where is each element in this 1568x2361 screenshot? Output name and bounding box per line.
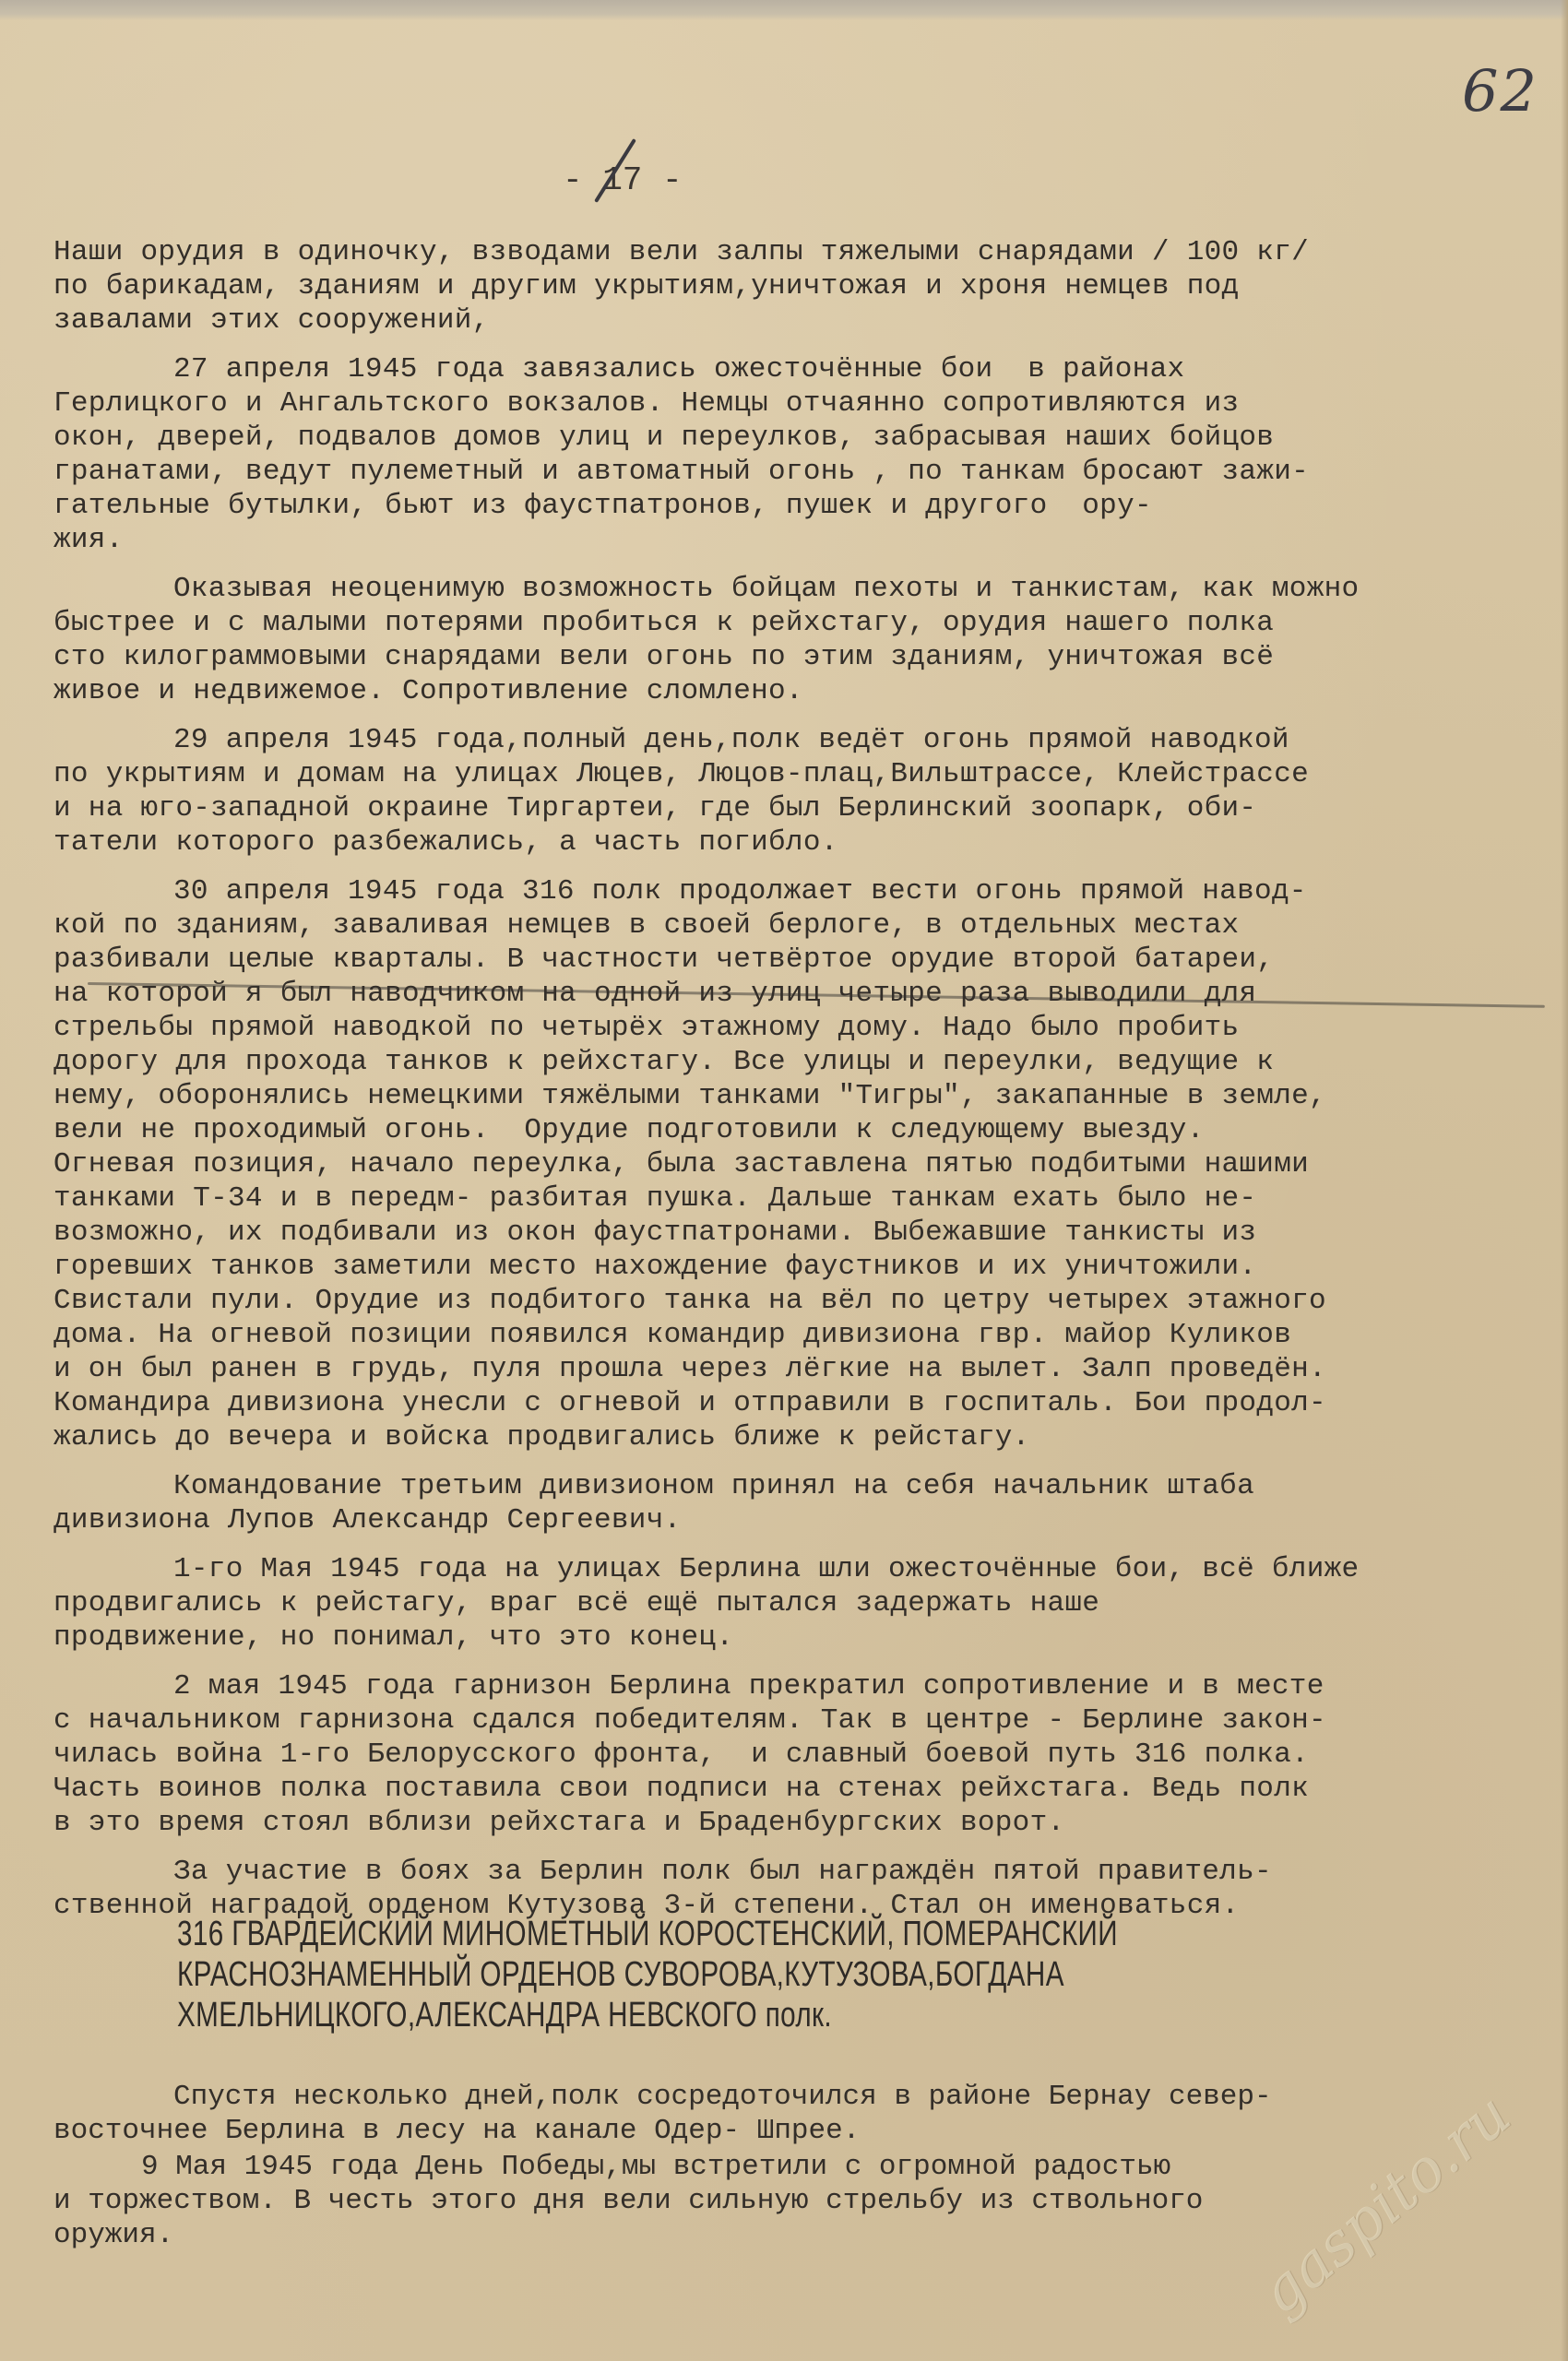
paper-right-edge xyxy=(1561,0,1568,2361)
text-line: 29 апреля 1945 года,полный день,полк вед… xyxy=(53,723,1538,757)
paragraph: 27 апреля 1945 года завязались ожесточён… xyxy=(53,352,1538,557)
regiment-title-heading: 316 ГВАРДЕЙСКИЙ МИНОМЕТНЫЙ КОРОСТЕНСКИЙ,… xyxy=(177,1914,1112,2035)
paragraph: Спустя несколько дней,полк сосредоточилс… xyxy=(53,2080,1538,2148)
text-line: Свистали пули. Орудие из подбитого танка… xyxy=(53,1284,1538,1318)
text-line: сто килограммовыми снарядами вели огонь … xyxy=(53,640,1538,674)
document-body: Наши орудия в одиночку, взводами вели за… xyxy=(53,235,1538,1938)
text-line: татели которого разбежались, а часть пог… xyxy=(53,825,1538,860)
heading-line: КРАСНОЗНАМЕННЫЙ ОРДЕНОВ СУВОРОВА,КУТУЗОВ… xyxy=(177,1954,1112,1995)
text-line: 1-го Мая 1945 года на улицах Берлина шли… xyxy=(53,1552,1538,1586)
text-line: на которой я был наводчиком на одной из … xyxy=(53,977,1538,1011)
paragraph: За участие в боях за Берлин полк был наг… xyxy=(53,1855,1538,1923)
text-line: и торжеством. В честь этого дня вели сил… xyxy=(53,2184,1538,2218)
text-line: 9 Мая 1945 года День Победы,мы встретили… xyxy=(53,2150,1538,2184)
page-marker-text: - 17 - xyxy=(563,161,683,199)
text-line: гранатами, ведут пулеметный и автоматный… xyxy=(53,455,1538,489)
text-line: с начальником гарнизона сдался победител… xyxy=(53,1703,1538,1738)
text-line: За участие в боях за Берлин полк был наг… xyxy=(53,1855,1538,1889)
text-line: Спустя несколько дней,полк сосредоточилс… xyxy=(53,2080,1538,2114)
text-line: стрельбы прямой наводкой по четырёх этаж… xyxy=(53,1011,1538,1045)
text-line: дорогу для прохода танков к рейхстагу. В… xyxy=(53,1045,1538,1079)
text-line: Командование третьим дивизионом принял н… xyxy=(53,1469,1538,1503)
paragraph: 2 мая 1945 года гарнизон Берлина прекрат… xyxy=(53,1669,1538,1840)
text-line: разбивали целые кварталы. В частности че… xyxy=(53,943,1538,977)
paper-top-edge xyxy=(0,0,1568,20)
text-line: Часть воинов полка поставила свои подпис… xyxy=(53,1772,1538,1806)
text-line: восточнее Берлина в лесу на канале Одер-… xyxy=(53,2114,1538,2148)
text-line: завалами этих сооружений, xyxy=(53,303,1538,338)
text-line: по укрытиям и домам на улицах Люцев, Люц… xyxy=(53,757,1538,791)
text-line: горевших танков заметили место нахождени… xyxy=(53,1250,1538,1284)
paragraph: Наши орудия в одиночку, взводами вели за… xyxy=(53,235,1538,338)
text-line: кой по зданиям, заваливая немцев в своей… xyxy=(53,908,1538,943)
text-line: и на юго-западной окраине Тиргартеи, где… xyxy=(53,791,1538,825)
paragraph: Оказывая неоценимую возможность бойцам п… xyxy=(53,572,1538,708)
text-line: 2 мая 1945 года гарнизон Берлина прекрат… xyxy=(53,1669,1538,1703)
text-line: дома. На огневой позиции появился команд… xyxy=(53,1318,1538,1352)
document-page: 62 - 17 - Наши орудия в одиночку, взвода… xyxy=(0,0,1568,2361)
text-line: 27 апреля 1945 года завязались ожесточён… xyxy=(53,352,1538,386)
text-line: 30 апреля 1945 года 316 полк продолжает … xyxy=(53,874,1538,908)
paragraph: 29 апреля 1945 года,полный день,полк вед… xyxy=(53,723,1538,860)
heading-line: ХМЕЛЬНИЦКОГО,АЛЕКСАНДРА НЕВСКОГО полк. xyxy=(177,1995,1112,2035)
text-line: чилась война 1-го Белорусского фронта, и… xyxy=(53,1738,1538,1772)
text-line: и он был ранен в грудь, пуля прошла чере… xyxy=(53,1352,1538,1386)
text-line: Командира дивизиона унесли с огневой и о… xyxy=(53,1386,1538,1420)
text-line: живое и недвижемое. Сопротивление сломле… xyxy=(53,674,1538,708)
text-line: в это время стоял вблизи рейхстага и Бра… xyxy=(53,1806,1538,1840)
text-line: дивизиона Лупов Александр Сергеевич. xyxy=(53,1503,1538,1537)
paragraph: Командование третьим дивизионом принял н… xyxy=(53,1469,1538,1537)
page-marker: - 17 - xyxy=(563,161,683,199)
text-line: вели не проходимый огонь. Орудие подгото… xyxy=(53,1113,1538,1147)
paragraph: 30 апреля 1945 года 316 полк продолжает … xyxy=(53,874,1538,1454)
text-line: Оказывая неоценимую возможность бойцам п… xyxy=(53,572,1538,606)
text-line: быстрее и с малыми потерями пробиться к … xyxy=(53,606,1538,640)
heading-line: 316 ГВАРДЕЙСКИЙ МИНОМЕТНЫЙ КОРОСТЕНСКИЙ,… xyxy=(177,1914,1112,1954)
text-line: Герлицкого и Ангальтского вокзалов. Немц… xyxy=(53,386,1538,421)
text-line: Огневая позиция, начало переулка, была з… xyxy=(53,1147,1538,1181)
text-line: окон, дверей, подвалов домов улиц и пере… xyxy=(53,421,1538,455)
text-line: нему, оборонялись немецкими тяжёлыми тан… xyxy=(53,1079,1538,1113)
text-line: Наши орудия в одиночку, взводами вели за… xyxy=(53,235,1538,269)
text-line: продвижение, но понимал, что это конец. xyxy=(53,1620,1538,1655)
text-line: жия. xyxy=(53,523,1538,557)
text-line: жались до вечера и войска продвигались б… xyxy=(53,1420,1538,1454)
text-line: продвигались к рейстагу, враг всё ещё пы… xyxy=(53,1586,1538,1620)
text-line: танками Т-34 и в передм- разбитая пушка.… xyxy=(53,1181,1538,1216)
text-line: по барикадам, зданиям и другим укрытиям,… xyxy=(53,269,1538,303)
text-line: гательные бутылки, бьют из фаустпатронов… xyxy=(53,489,1538,523)
paragraph: 1-го Мая 1945 года на улицах Берлина шли… xyxy=(53,1552,1538,1655)
text-line: возможно, их подбивали из окон фаустпатр… xyxy=(53,1216,1538,1250)
folio-number: 62 xyxy=(1462,57,1538,125)
